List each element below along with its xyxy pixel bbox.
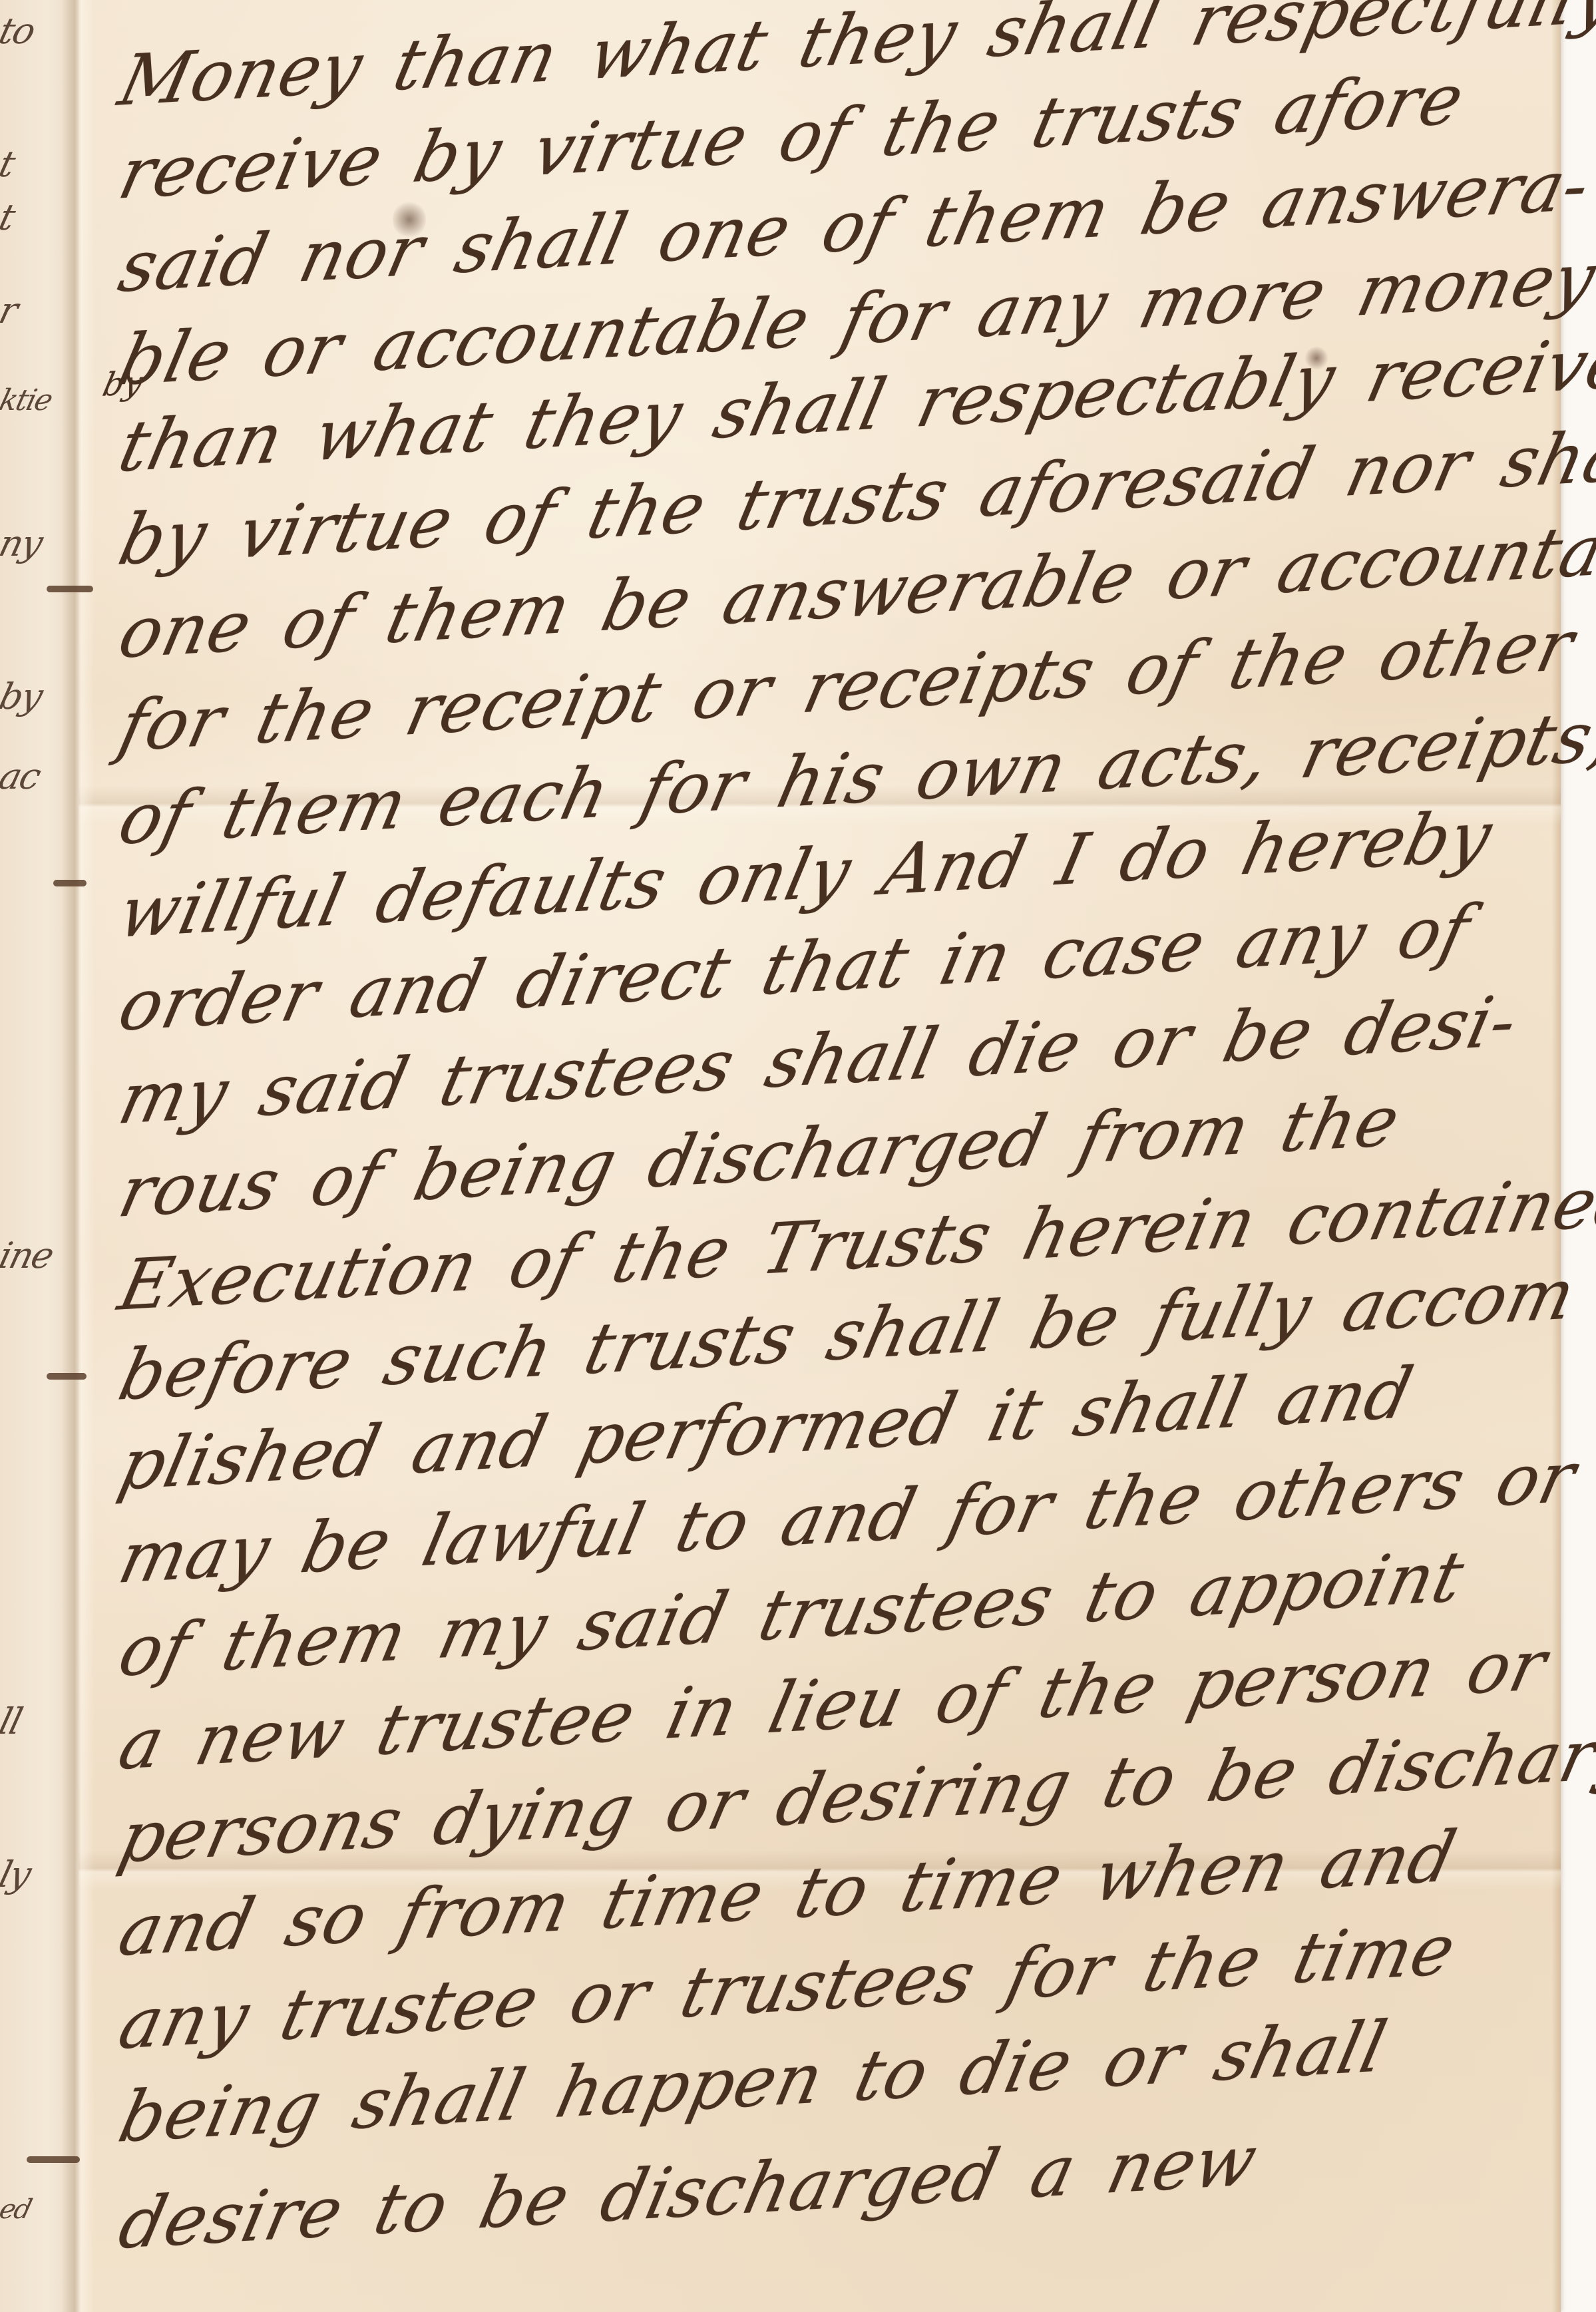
interlinear-insertion: by <box>100 367 147 401</box>
binding-stitch <box>27 2156 80 2163</box>
facing-fragment: ac <box>0 759 43 795</box>
binding-stitch <box>47 1373 87 1380</box>
manuscript-text: Money than what they shall respectfully … <box>113 0 1551 2312</box>
binding-stitch <box>53 880 87 886</box>
facing-fragment: t <box>0 146 17 182</box>
facing-fragment: to <box>0 13 38 49</box>
manuscript-scan: to t t r ktie ny by ac ine ll ly ed Mone… <box>0 0 1596 2312</box>
facing-fragment: ly <box>0 1857 34 1893</box>
facing-fragment: ktie <box>0 386 55 415</box>
facing-fragment: ine <box>0 1238 57 1274</box>
facing-fragment: ny <box>0 526 45 562</box>
facing-fragment: by <box>0 679 45 715</box>
binding-stitch <box>47 586 93 592</box>
facing-fragment: ed <box>0 2196 33 2223</box>
facing-fragment: r <box>0 293 21 329</box>
facing-fragment: t <box>0 200 17 236</box>
facing-fragment: ll <box>0 1704 25 1740</box>
binding-gutter <box>61 0 95 2312</box>
